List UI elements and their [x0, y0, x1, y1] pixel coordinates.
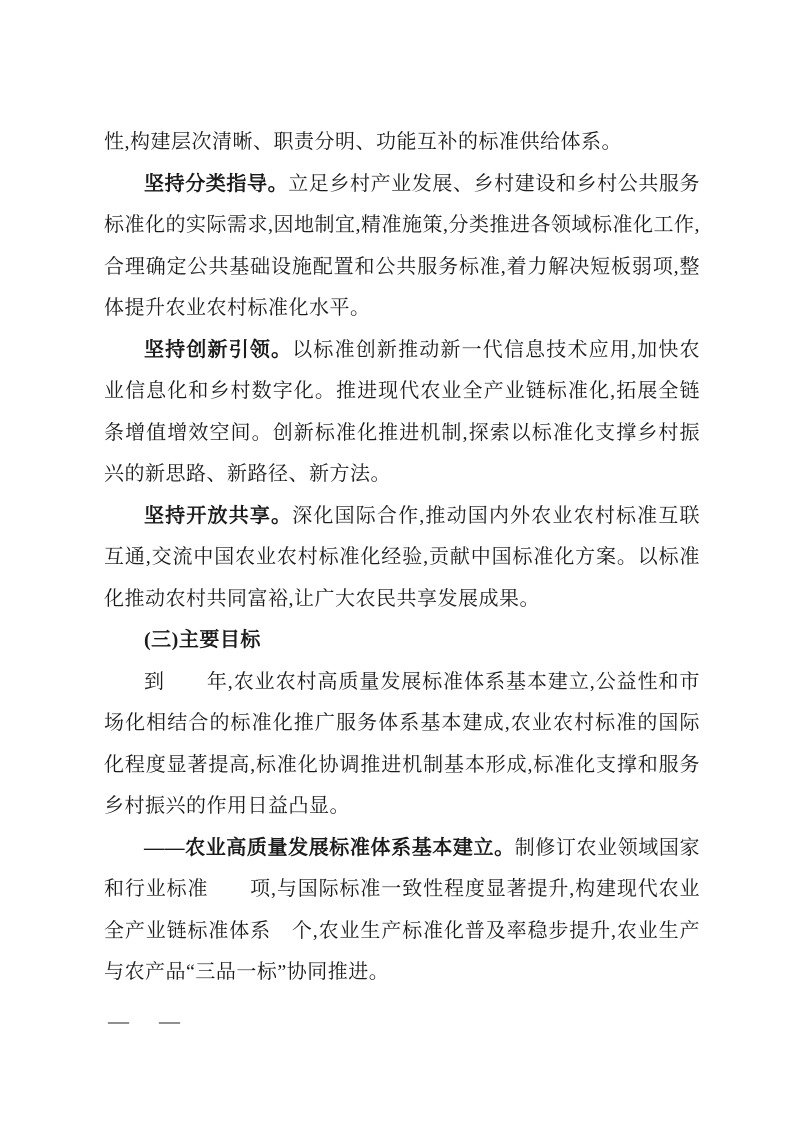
paragraph-lead: 坚持开放共享。	[144, 505, 292, 527]
document-page: 性,构建层次清晰、职责分明、功能互补的标准供给体系。 坚持分类指导。立足乡村产业…	[0, 0, 793, 1122]
paragraph-lead: ——农业高质量发展标准体系基本建立。	[144, 837, 515, 859]
page-number-footer: — —	[108, 1006, 180, 1036]
paragraph: ——农业高质量发展标准体系基本建立。制修订农业领域国家和行业标准 项,与国际标准…	[104, 828, 700, 994]
paragraph: 到 年,农业农村高质量发展标准体系基本建立,公益性和市场化相结合的标准化推广服务…	[104, 662, 700, 828]
paragraph-text: 性,构建层次清晰、职责分明、功能互补的标准供给体系。	[104, 131, 622, 153]
paragraph: 性,构建层次清晰、职责分明、功能互补的标准供给体系。	[104, 122, 700, 164]
paragraph-text: 到 年,农业农村高质量发展标准体系基本建立,公益性和市场化相结合的标准化推广服务…	[104, 671, 700, 818]
paragraph: 坚持开放共享。深化国际合作,推动国内外农业农村标准互联互通,交流中国农业农村标准…	[104, 496, 700, 621]
document-body: 性,构建层次清晰、职责分明、功能互补的标准供给体系。 坚持分类指导。立足乡村产业…	[104, 122, 700, 994]
footer-dash-right: —	[159, 1006, 180, 1036]
paragraph-lead: 坚持创新引领。	[144, 339, 292, 361]
paragraph: 坚持创新引领。以标准创新推动新一代信息技术应用,加快农业信息化和乡村数字化。推进…	[104, 330, 700, 496]
section-heading-text: (三)主要目标	[144, 629, 261, 651]
section-heading: (三)主要目标	[104, 620, 700, 662]
footer-dash-left: —	[108, 1006, 129, 1036]
paragraph-lead: 坚持分类指导。	[144, 173, 288, 195]
paragraph: 坚持分类指导。立足乡村产业发展、乡村建设和乡村公共服务标准化的实际需求,因地制宜…	[104, 164, 700, 330]
